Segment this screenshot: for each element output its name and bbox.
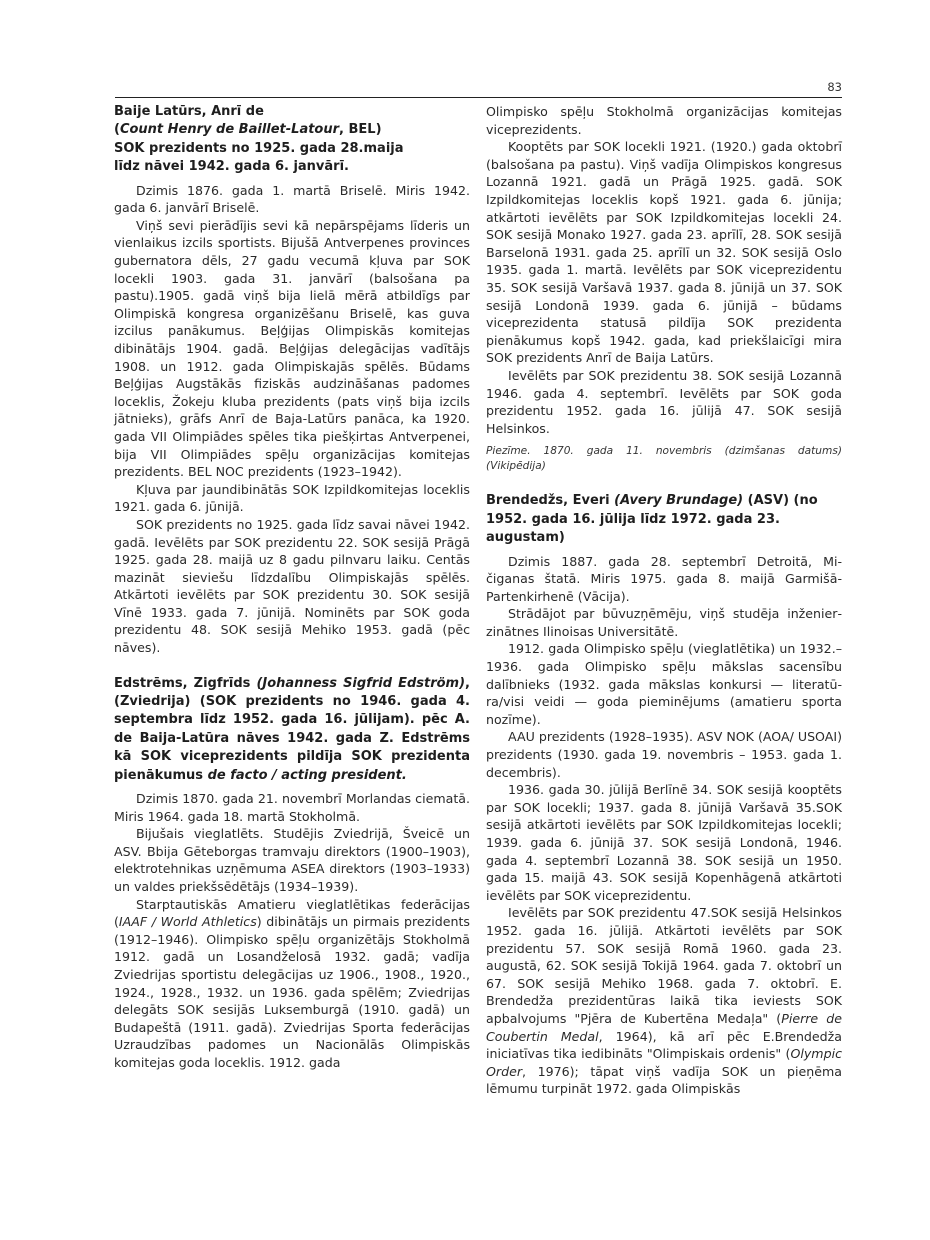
italic-text: IAAF / World Athletics <box>119 914 257 929</box>
text: , 1976); tāpat viņš vadīja SOK un pieņēm… <box>486 1064 842 1097</box>
page-number: 83 <box>827 80 842 94</box>
paragraph: Viņš sevi pierādījis sevi kā nepārspējam… <box>114 217 470 481</box>
entry-heading-edstrom: Edstrēms, Zigfrīds (Johanness Sigfrid Ed… <box>114 675 470 785</box>
header-rule <box>115 97 842 98</box>
text: ) dibinātājs un pirmais prezidents (1912… <box>114 914 470 1070</box>
paragraph: 1912. gada Olimpisko spēļu (vieglatlētik… <box>486 640 842 728</box>
heading-text: Brendedžs, Everi <box>486 493 614 508</box>
heading-original-name: (Johanness Sigfrid Edström) <box>256 676 465 691</box>
heading-line: Baije Latūrs, Anrī de <box>114 104 264 119</box>
paragraph-continued: Olimpisko spēļu Stokholmā organizācijas … <box>486 103 842 138</box>
right-column: Olimpisko spēļu Stokholmā organizācijas … <box>486 103 842 1098</box>
paragraph: Dzimis 1876. gada 1. martā Briselē. Miri… <box>114 182 470 217</box>
paragraph: AAU prezidents (1928–1935). ASV NOK (AOA… <box>486 728 842 781</box>
entry-heading-baillet-latour: Baije Latūrs, Anrī de (Count Henry de Ba… <box>114 103 470 177</box>
heading-original-name: Count Henry de Baillet-Latour <box>120 122 339 137</box>
heading-italic-note: de facto / acting president. <box>208 768 407 783</box>
section-gap <box>486 474 842 492</box>
heading-text: , (Zviedrija) (SOK prezidents no 1946. g… <box>114 676 470 783</box>
left-column: Baije Latūrs, Anrī de (Count Henry de Ba… <box>114 103 470 1072</box>
paragraph: SOK prezidents no 1925. gada līdz savai … <box>114 516 470 657</box>
paragraph: Strādājot par būvuzņēmēju, viņš studēja … <box>486 605 842 640</box>
paragraph: Ievēlēts par SOK prezidentu 38. SOK sesi… <box>486 367 842 437</box>
paragraph: Dzimis 1887. gada 28. septembrī Detroitā… <box>486 553 842 606</box>
paragraph: Dzimis 1870. gada 21. novembrī Morlandas… <box>114 790 470 825</box>
paragraph: Kooptēts par SOK locekli 1921. (1920.) g… <box>486 138 842 367</box>
paragraph: Bijušais vieglatlēts. Studējis Zviedrijā… <box>114 825 470 895</box>
footnote: Piezīme. 1870. gada 11. novembris (dzimš… <box>486 444 842 474</box>
heading-original-name: (Avery Brundage) <box>614 493 743 508</box>
heading-line: līdz nāvei 1942. gada 6. janvārī. <box>114 159 349 174</box>
heading-line: SOK prezidents no 1925. gada 28.maija <box>114 141 404 156</box>
paragraph: Ievēlēts par SOK prezidentu 47.SOK sesij… <box>486 904 842 1098</box>
text: Ievēlēts par SOK prezidentu 47.SOK sesij… <box>486 905 842 1026</box>
entry-heading-brundage: Brendedžs, Everi (Avery Brundage) (ASV) … <box>486 492 842 547</box>
paragraph: Kļuva par jaundibinātās SOK Izpildkomite… <box>114 481 470 516</box>
paragraph: 1936. gada 30. jūlijā Berlīnē 34. SOK se… <box>486 781 842 904</box>
paragraph: Starptautiskās Amatieru vieglatlētikas f… <box>114 896 470 1072</box>
heading-line: , BEL) <box>339 122 381 137</box>
section-gap <box>114 657 470 675</box>
heading-text: Edstrēms, Zigfrīds <box>114 676 256 691</box>
